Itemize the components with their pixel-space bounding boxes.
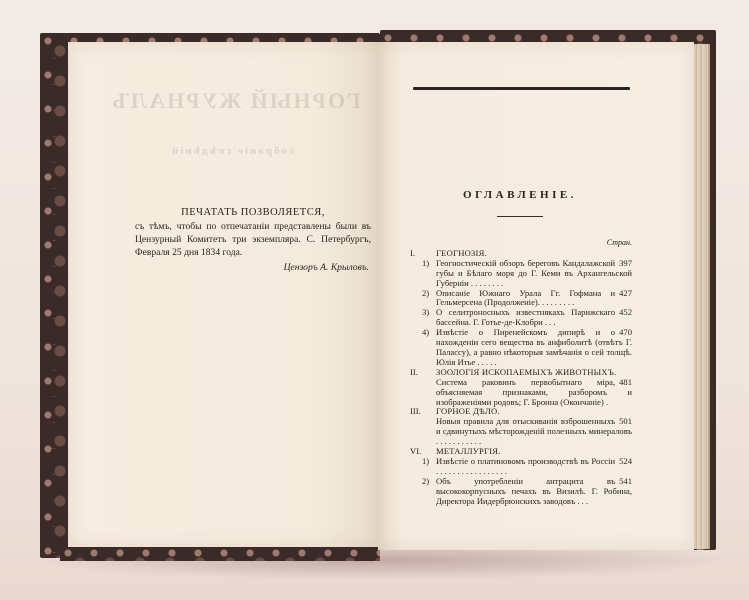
- entry-page: 427: [619, 289, 632, 299]
- toc-entry: 3) 452О селитроносныхъ известнякахъ Пари…: [410, 308, 632, 328]
- table-of-contents: Стран. I. ГЕОГНОЗІЯ. 1) 397Геогностическ…: [410, 238, 632, 506]
- entry-text: 481Система раковинъ первобытнаго міра, о…: [436, 378, 632, 408]
- entry-number: 3): [422, 308, 436, 328]
- censor-signature: Цензоръ А. Крыловъ.: [135, 261, 371, 274]
- title-underline: [497, 216, 543, 217]
- section-number: III.: [410, 407, 436, 417]
- entry-page: 452: [619, 308, 632, 318]
- entry-text: 524Извѣстіе о платиновомъ производствѣ в…: [436, 457, 632, 477]
- toc-entry: 1) 397Геогностическій обзоръ береговъ Ка…: [410, 259, 632, 289]
- show-through-subtitle: собраніе свѣдѣній: [170, 145, 294, 157]
- toc-title: ОГЛАВЛЕНІЕ.: [400, 189, 640, 201]
- entry-text: 470Извѣстіе о Пиренейскомъ дипирѣ и о на…: [436, 328, 632, 368]
- entry-number: 2): [422, 289, 436, 309]
- entry-number: 4): [422, 328, 436, 368]
- entry-title: Извѣстіе о Пиренейскомъ дипирѣ и о нахож…: [436, 327, 632, 367]
- entry-number: 1): [422, 259, 436, 289]
- page-column-label: Стран.: [410, 238, 632, 248]
- toc-entry: 4) 470Извѣстіе о Пиренейскомъ дипирѣ и о…: [410, 328, 632, 368]
- toc-entry: 1) 524Извѣстіе о платиновомъ производств…: [410, 457, 632, 477]
- toc-entry: 501Новыя правила для отыскиванія взброше…: [410, 417, 632, 447]
- imprimatur-heading: ПЕЧАТАТЬ ПОЗВОЛЯЕТСЯ,: [135, 206, 371, 219]
- entry-title: Объ употребленіи антрацита въ высококорп…: [436, 476, 632, 506]
- page-edges: [694, 44, 710, 549]
- entry-number: 2): [422, 477, 436, 507]
- entry-text: 452О селитроносныхъ известнякахъ Парижск…: [436, 308, 632, 328]
- imprimatur-body: съ тѣмъ, чтобы по отпечатаніи представле…: [135, 220, 371, 259]
- entry-text: 501Новыя правила для отыскиванія взброше…: [436, 417, 632, 447]
- toc-entry: 481Система раковинъ первобытнаго міра, о…: [410, 378, 632, 408]
- entry-number: 1): [422, 457, 436, 477]
- entry-text: 397Геогностическій обзоръ береговъ Канда…: [436, 259, 632, 289]
- section-number: II.: [410, 368, 436, 378]
- entry-page: 524: [619, 457, 632, 467]
- entry-title: Система раковинъ первобытнаго міра, объя…: [436, 377, 632, 407]
- entry-text: 541Объ употребленіи антрацита въ высокок…: [436, 477, 632, 507]
- entry-title: Извѣстіе о платиновомъ производствѣ въ Р…: [436, 456, 615, 476]
- toc-entry: 2) 427Описаніе Южнаго Урала Гг. Гофмана …: [410, 289, 632, 309]
- censorship-imprimatur: ПЕЧАТАТЬ ПОЗВОЛЯЕТСЯ, съ тѣмъ, чтобы по …: [135, 206, 371, 274]
- left-page: [68, 42, 378, 547]
- entry-title: Геогностическій обзоръ береговъ Кандалаж…: [436, 258, 632, 288]
- entry-title: Описаніе Южнаго Урала Гг. Гофмана и Гель…: [436, 288, 615, 308]
- entry-title: О селитроносныхъ известнякахъ Парижскаго…: [436, 307, 615, 327]
- entry-text: 427Описаніе Южнаго Урала Гг. Гофмана и Г…: [436, 289, 632, 309]
- toc-entry: 2) 541Объ употребленіи антрацита въ высо…: [410, 477, 632, 507]
- marbled-cover-bottom-edge: [60, 545, 380, 561]
- show-through-title: ГОРНЫЙ ЖУРНАЛЪ: [110, 88, 361, 114]
- entry-title: Новыя правила для отыскиванія взброшенны…: [436, 416, 632, 446]
- top-rule: [413, 87, 630, 90]
